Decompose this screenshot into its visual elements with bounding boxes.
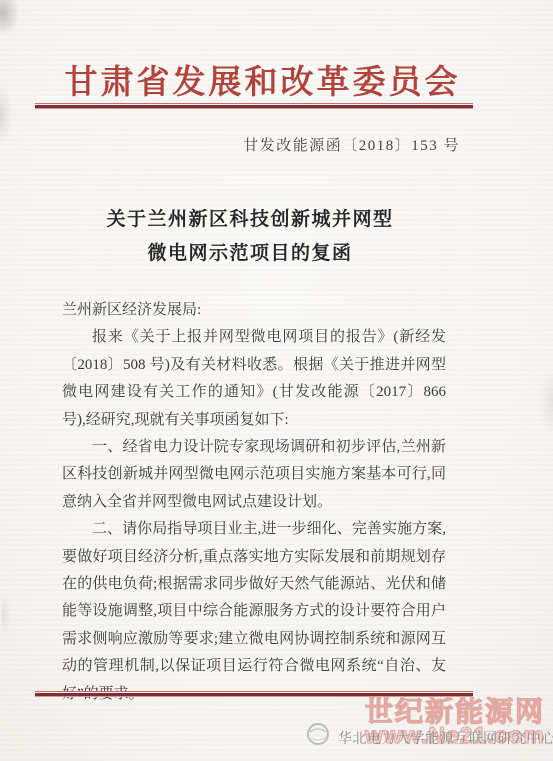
body-paragraph: 二、请你局指导项目业主,进一步细化、完善实施方案,要做好项目经济分析,重点落实地…: [62, 516, 446, 708]
document-title-line2: 微电网示范项目的复函: [0, 237, 500, 271]
research-center-credit: 华北电力大学能源互联网研究中心: [338, 728, 553, 748]
issuing-authority-title: 甘肃省发展和改革委员会: [40, 56, 485, 103]
body-paragraph: 一、经省电力设计院专家现场调研和初步评估,兰州新区科技创新城并网型微电网示范项目…: [62, 434, 446, 516]
salutation: 兰州新区经济发展局:: [62, 297, 446, 324]
scan-smudge: [2, 595, 12, 635]
letter-body: 兰州新区经济发展局: 报来《关于上报并网型微电网项目的报告》(新经发〔2018〕…: [62, 297, 446, 708]
document-title: 关于兰州新区科技创新城并网型 微电网示范项目的复函: [0, 203, 500, 271]
scan-smudge: [0, 86, 12, 142]
scanned-official-letter: 甘肃省发展和改革委员会 甘发改能源函〔2018〕153 号 关于兰州新区科技创新…: [0, 0, 553, 761]
document-title-line1: 关于兰州新区科技创新城并网型: [0, 203, 500, 237]
scan-smudge: [0, 0, 20, 36]
scan-smudge: [539, 372, 553, 432]
header-divider-rule: [35, 103, 473, 109]
body-paragraph: 报来《关于上报并网型微电网项目的报告》(新经发〔2018〕508 号)及有关材料…: [62, 324, 446, 434]
globe-logo-icon: [306, 722, 330, 746]
document-reference-number: 甘发改能源函〔2018〕153 号: [243, 134, 460, 155]
